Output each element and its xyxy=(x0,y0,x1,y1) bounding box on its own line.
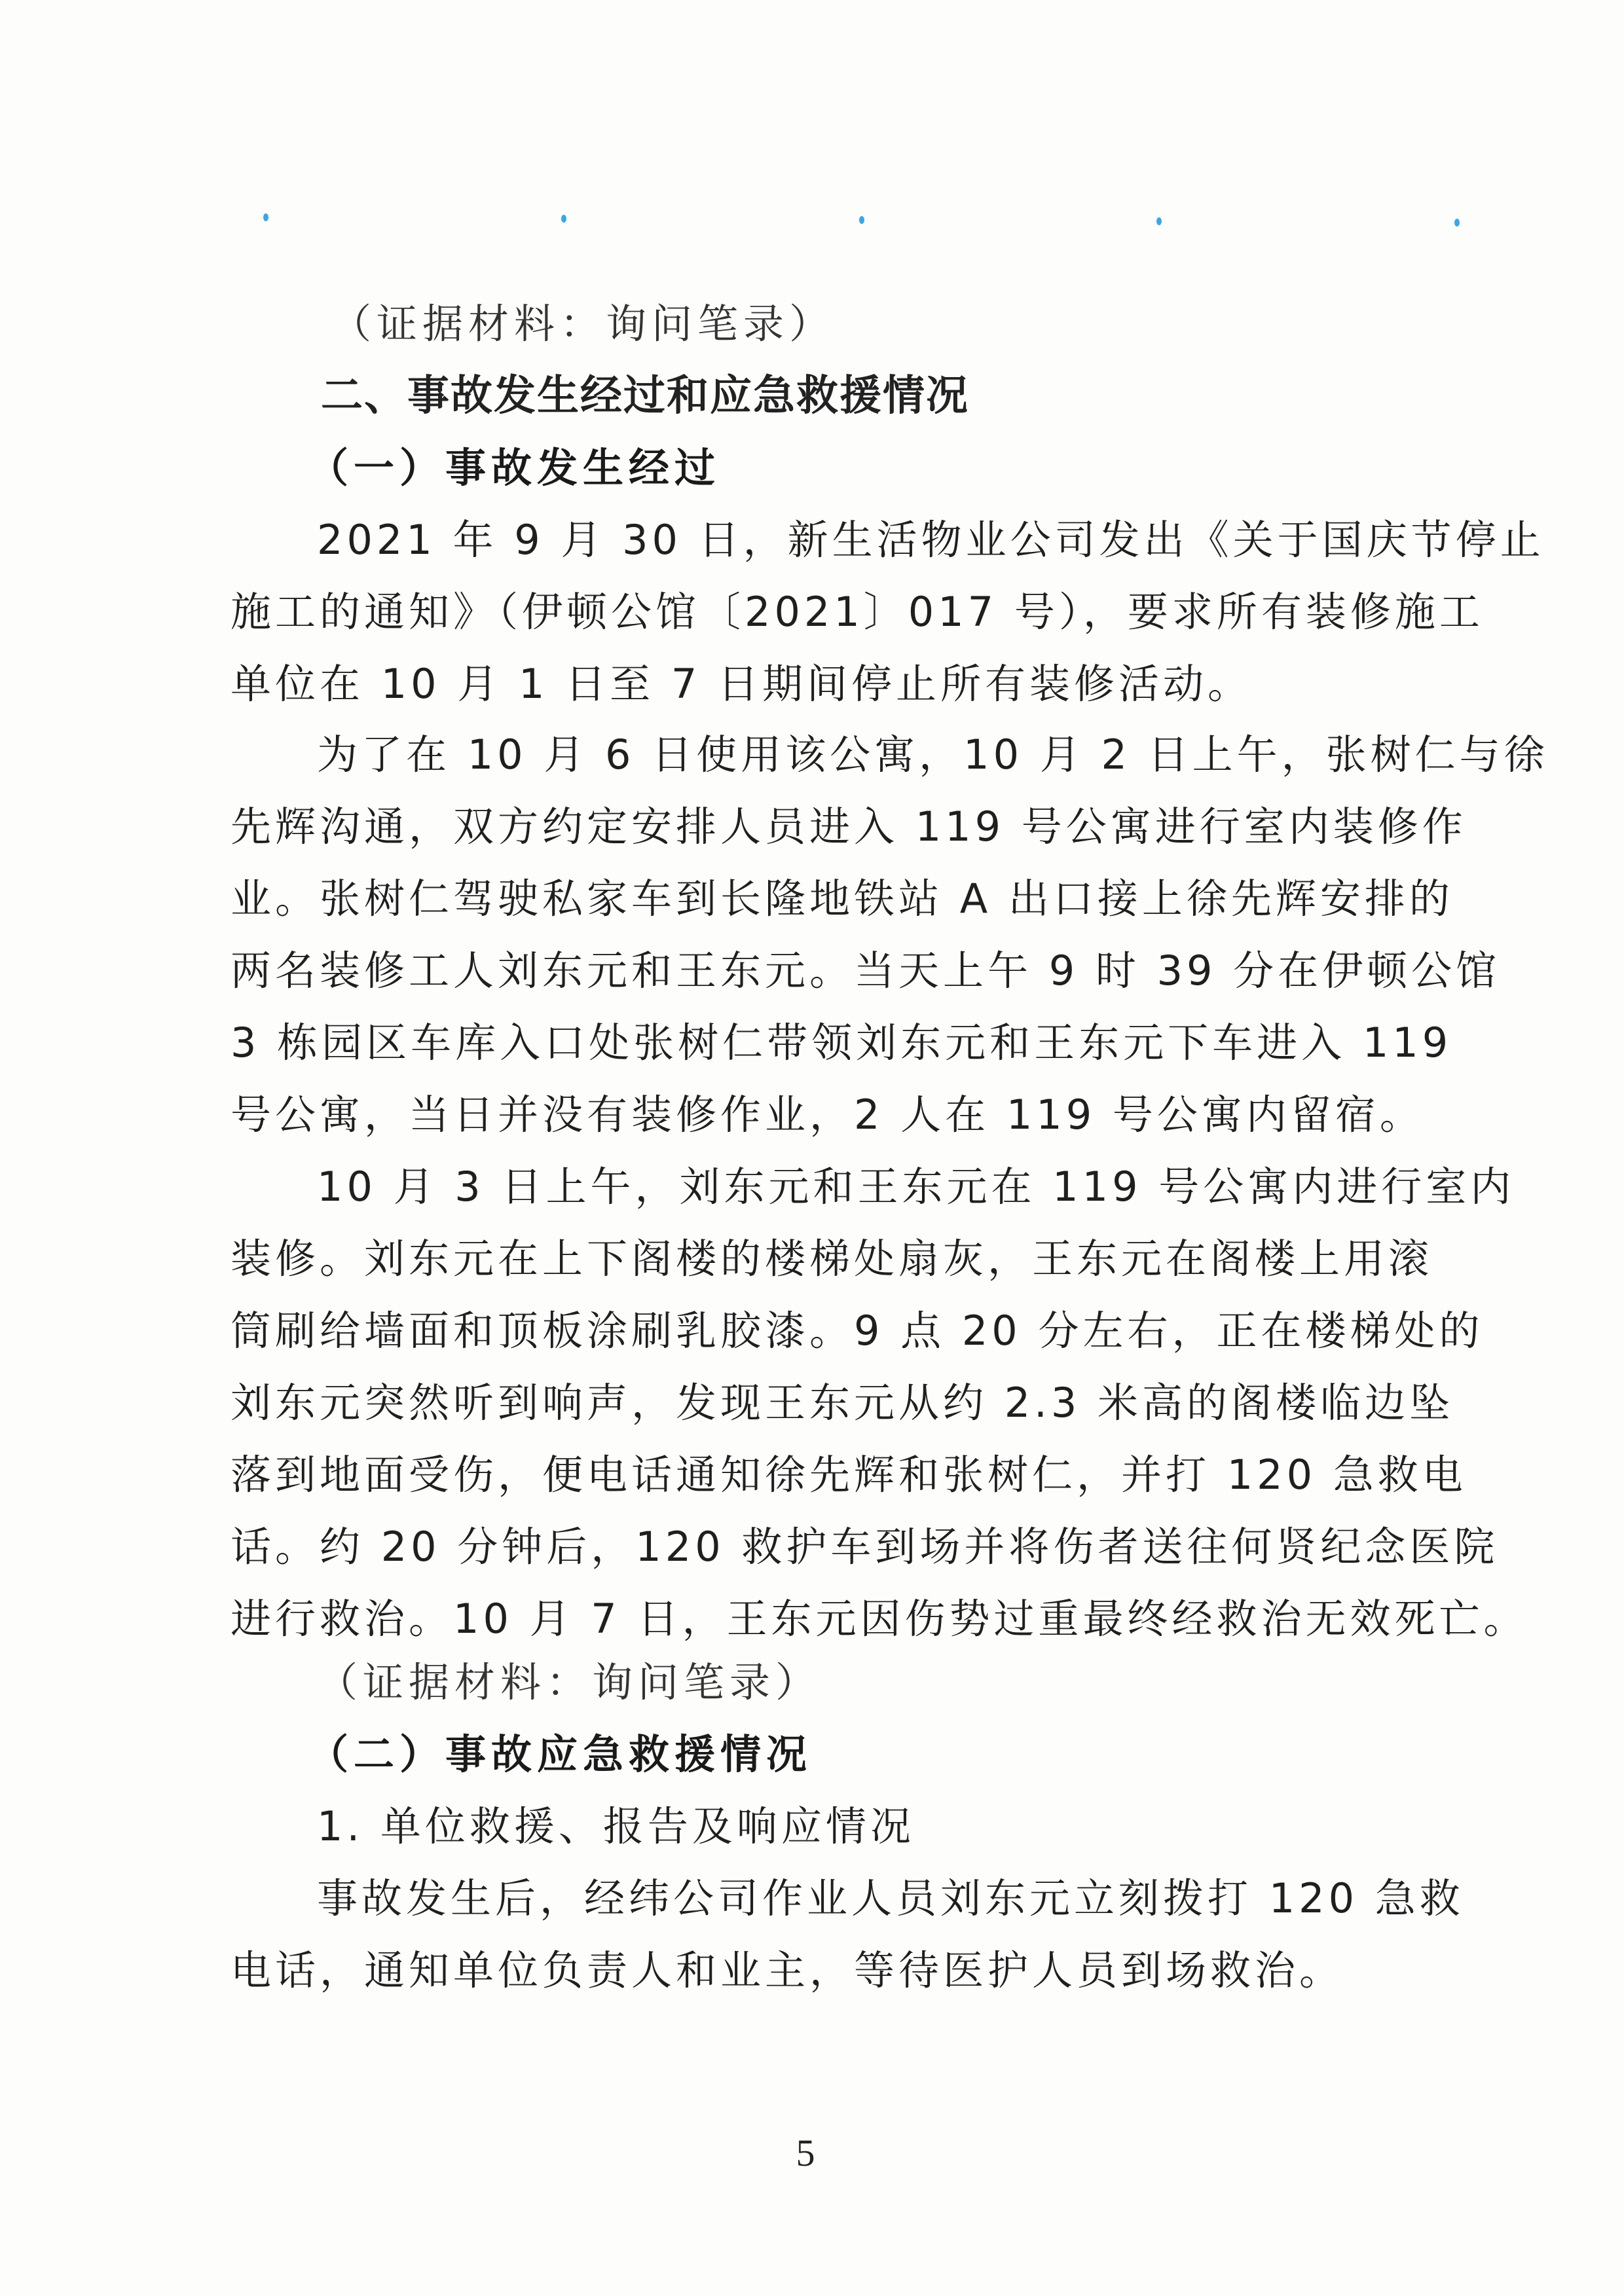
page-number: 5 xyxy=(786,2131,825,2175)
paragraph-line: 装修。刘东元在上下阁楼的楼梯处扇灰，王东元在阁楼上用滚 xyxy=(231,1233,1429,1285)
registration-dot-icon xyxy=(1454,219,1460,227)
paragraph-line: 施工的通知》（伊顿公馆〔2021〕017 号），要求所有装修施工 xyxy=(231,586,1429,638)
paragraph-line: 业。张树仁驾驶私家车到长隆地铁站 A 出口接上徐先辉安排的 xyxy=(231,873,1429,925)
paragraph-line: 落到地面受伤，便电话通知徐先辉和张树仁，并打 120 急救电 xyxy=(231,1449,1429,1501)
paragraph-line: 先辉沟通，双方约定安排人员进入 119 号公寓进行室内装修作 xyxy=(231,801,1429,853)
paragraph-line: 2021 年 9 月 30 日，新生活物业公司发出《关于国庆节停止 xyxy=(317,514,1429,566)
paragraph-line: 3 栋园区车库入口处张树仁带领刘东元和王东元下车进入 119 xyxy=(231,1017,1429,1069)
evidence-note: （证据材料：询问笔录） xyxy=(317,1656,1429,1709)
paragraph-line: 筒刷给墙面和顶板涂刷乳胶漆。9 点 20 分左右，正在楼梯处的 xyxy=(231,1305,1429,1357)
item-title: 1. 单位救援、报告及响应情况 xyxy=(317,1800,1429,1853)
registration-dot-icon xyxy=(561,215,566,223)
registration-dot-icon xyxy=(1156,217,1162,225)
paragraph-line: 刘东元突然听到响声，发现王东元从约 2.3 米高的阁楼临边坠 xyxy=(231,1377,1429,1429)
paragraph-line: 事故发生后，经纬公司作业人员刘东元立刻拨打 120 急救 xyxy=(317,1872,1429,1925)
paragraph-line: 话。约 20 分钟后，120 救护车到场并将伤者送往何贤纪念医院 xyxy=(231,1521,1429,1573)
registration-dot-icon xyxy=(859,216,864,224)
subsection-title: （一）事故发生经过 xyxy=(308,442,1506,494)
paragraph-line: 为了在 10 月 6 日使用该公寓，10 月 2 日上午，张树仁与徐 xyxy=(317,729,1429,781)
paragraph-line: 进行救治。10 月 7 日，王东元因伤势过重最终经救治无效死亡。 xyxy=(231,1593,1429,1645)
paragraph-line: 单位在 10 月 1 日至 7 日期间停止所有装修活动。 xyxy=(231,658,1429,710)
paragraph-line: 10 月 3 日上午，刘东元和王东元在 119 号公寓内进行室内 xyxy=(317,1161,1429,1213)
document-page: （证据材料：询问笔录） 二、事故发生经过和应急救援情况 （一）事故发生经过 20… xyxy=(0,0,1624,2296)
paragraph-line: 两名装修工人刘东元和王东元。当天上午 9 时 39 分在伊顿公馆 xyxy=(231,945,1429,997)
evidence-note: （证据材料：询问笔录） xyxy=(331,298,1443,350)
section-title: 二、事故发生经过和应急救援情况 xyxy=(321,370,1519,422)
paragraph-line: 号公寓，当日并没有装修作业，2 人在 119 号公寓内留宿。 xyxy=(231,1089,1429,1141)
paragraph-line: 电话，通知单位负责人和业主，等待医护人员到场救治。 xyxy=(231,1944,1429,1997)
registration-dot-icon xyxy=(263,213,268,221)
subsection-title: （二）事故应急救援情况 xyxy=(308,1728,1506,1781)
